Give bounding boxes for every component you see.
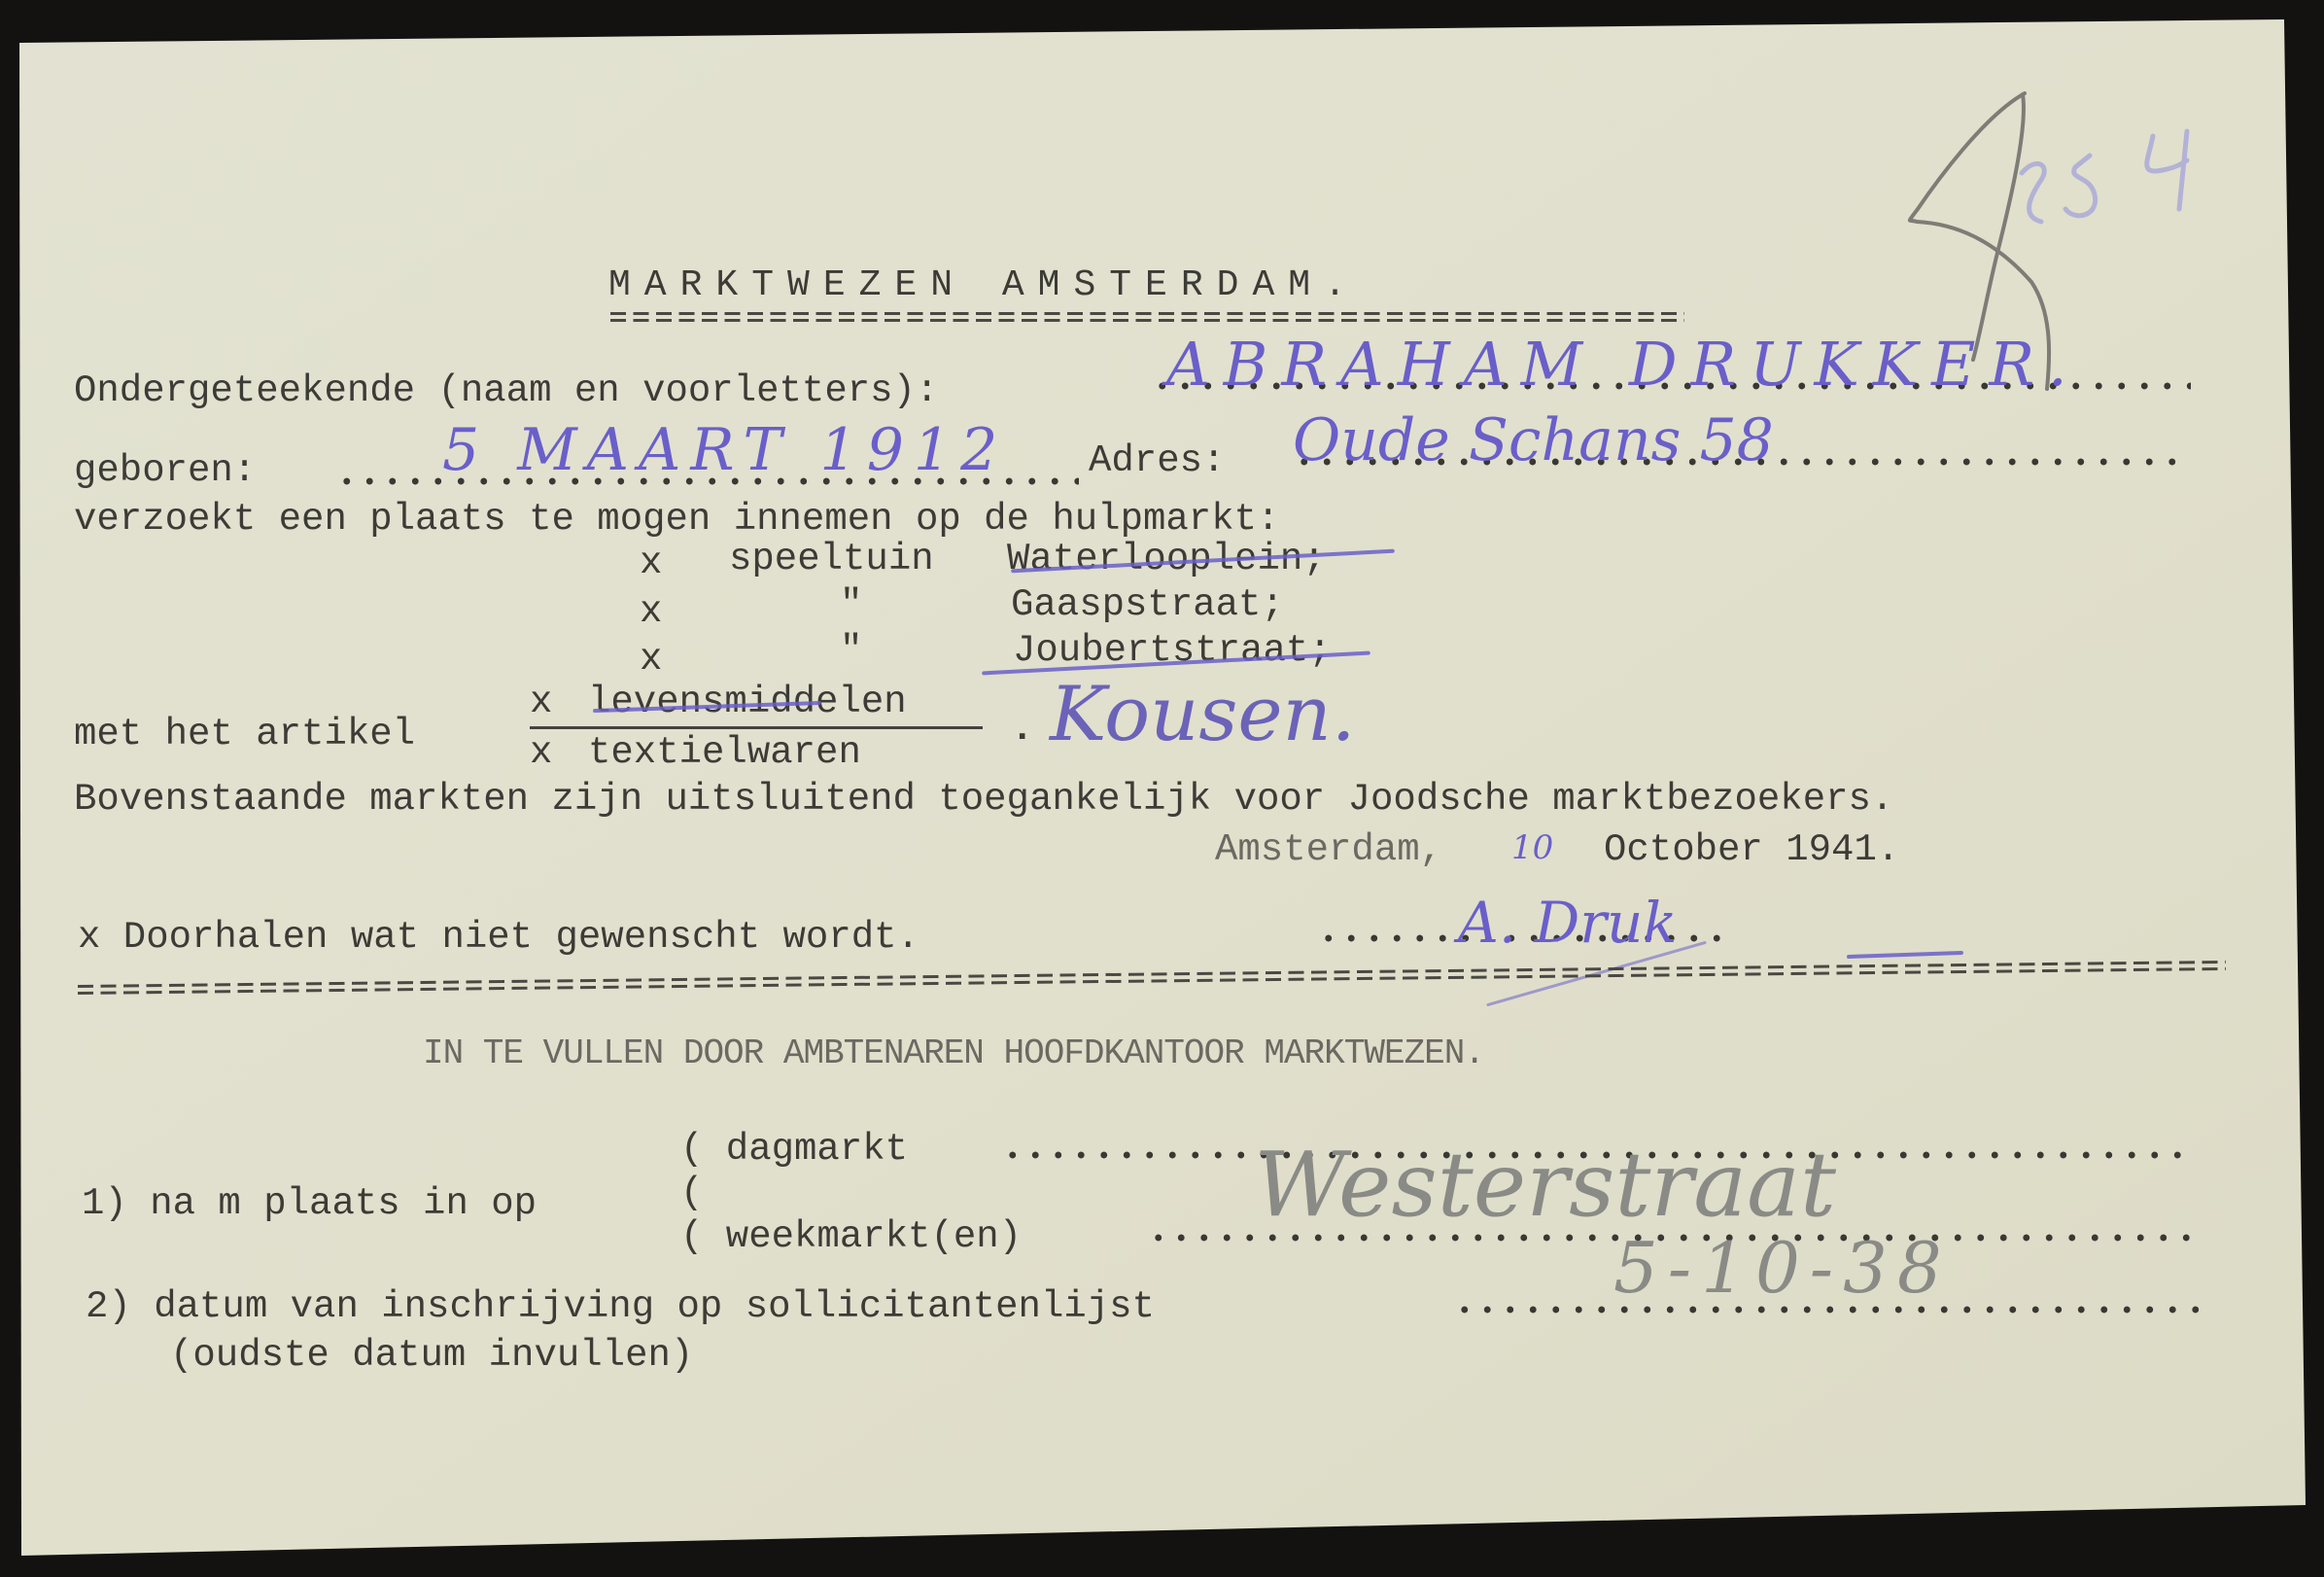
signature: A. Druk (1458, 890, 1678, 956)
market-gaaspstraat: Gaaspstraat; (1011, 583, 1284, 626)
notice-jewish-only: Bovenstaande markten zijn uitsluitend to… (74, 778, 1893, 821)
header-double-rule (610, 311, 1684, 323)
item2-sublabel: (oudste datum invullen) (170, 1334, 693, 1377)
article-handwritten-kousen: Kousen. (1050, 671, 1356, 758)
article-label: met het artikel (74, 713, 415, 755)
application-card: 9 254 MARKTWEZEN AMSTERDAM. Ondergeteeke… (0, 0, 2324, 1577)
footnote-strike-instruction: x Doorhalen wat niet gewenscht wordt. (78, 916, 919, 959)
address-value: Oude Schans 58 (1293, 406, 1774, 474)
item2-label: 2) datum van inschrijving op sollicitant… (86, 1285, 1155, 1328)
name-label: Ondergeteekende (naam en voorletters): (74, 369, 938, 412)
article-textielwaren: textielwaren (588, 731, 861, 774)
official-section-title: IN TE VULLEN DOOR AMBTENAREN HOOFDKANTOO… (423, 1033, 1484, 1075)
date-place: Amsterdam, (1215, 828, 1442, 871)
market-marker-2: x (640, 590, 662, 633)
address-label: Adres: (1089, 439, 1225, 482)
option-dagmarkt: ( dagmarkt (680, 1128, 908, 1171)
born-label: geboren: (74, 449, 256, 492)
market-prefix-3: " (840, 629, 862, 672)
article-marker-2: x (530, 731, 552, 774)
born-value: 5 MAART 1912 (442, 416, 1007, 484)
date-month-year: October 1941. (1604, 828, 1899, 871)
market-waterlooplein: Waterlooplein; (1007, 538, 1326, 580)
header-title: MARKTWEZEN AMSTERDAM. (608, 264, 1360, 307)
item2-value-date: 5-10-38 (1613, 1227, 1952, 1309)
name-value: ABRAHAM DRUKKER. (1166, 329, 2081, 400)
bracket-middle: ( (680, 1172, 703, 1214)
item1-label: 1) na m plaats in op (82, 1182, 537, 1225)
market-prefix-1: speeltuin (729, 538, 934, 580)
market-marker-3: x (640, 638, 662, 681)
date-day-handwritten: 10 (1511, 828, 1553, 867)
market-joubertstraat: Joubertstraat; (1013, 629, 1332, 672)
article-divider (530, 726, 983, 729)
market-marker-1: x (640, 542, 662, 584)
request-intro: verzoekt een plaats te mogen innemen op … (74, 498, 1279, 541)
article-marker-1: x (530, 681, 552, 723)
market-prefix-2: " (840, 583, 862, 626)
item1-value-westerstraat: Westerstraat (1254, 1133, 1836, 1237)
option-weekmarkt: ( weekmarkt(en) (680, 1215, 1022, 1258)
article-levensmiddelen: levensmiddelen (588, 681, 907, 723)
